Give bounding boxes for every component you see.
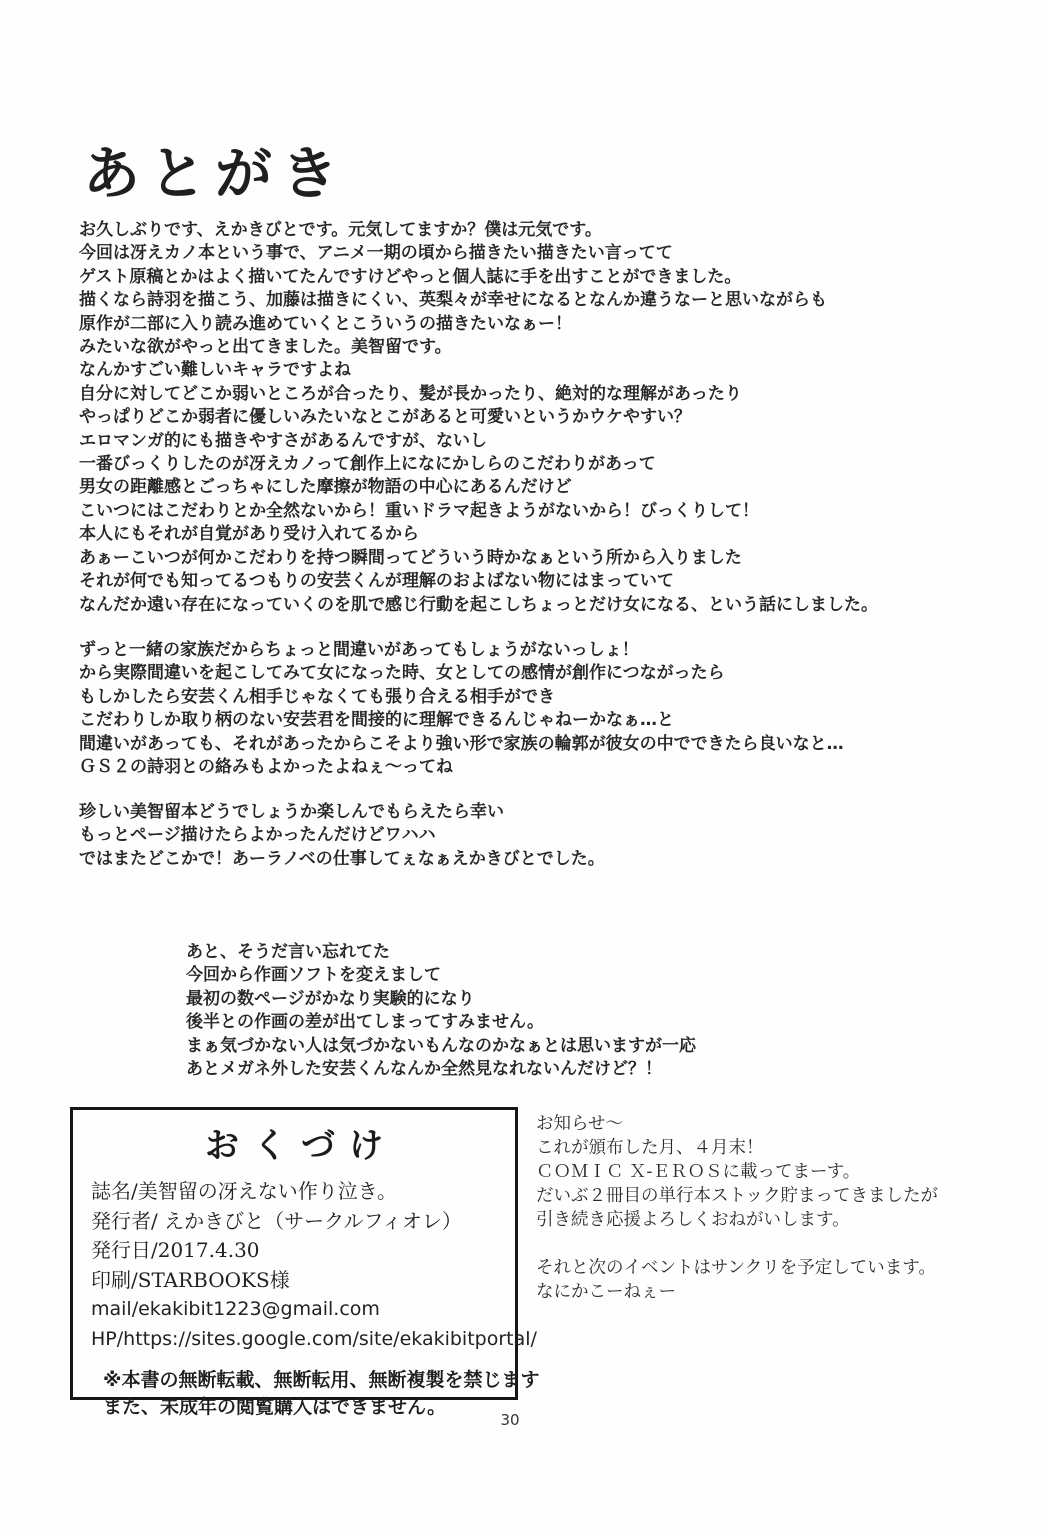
- colophon-notice: ※本書の無断転載、無断転用、無断複製を禁じますまた、未成年の閲覧購入はできません…: [103, 1367, 515, 1421]
- colophon-notice-line: ※本書の無断転載、無断転用、無断複製を禁じます: [103, 1367, 515, 1394]
- announcement-line: だいぶ２冊目の単行本ストック貯まってきましたが: [536, 1184, 938, 1208]
- announcement-line: これが頒布した月、４月末！: [536, 1136, 938, 1160]
- text-line: ではまたどこかで！あーラノベの仕事してぇなぁえかきびとでした。: [79, 848, 605, 871]
- text-line: 描くなら詩羽を描こう、加藤は描きにくい、英梨々が幸せになるとなんか違うなーと思い…: [79, 289, 878, 312]
- afterword-paragraph-2: ずっと一緒の家族だからちょっと間違いがあってもしょうがないっしょ！から実際間違い…: [79, 639, 844, 779]
- text-line: お久しぶりです、えかきびとです。元気してますか？僕は元気です。: [79, 219, 878, 242]
- text-line: もっとページ描けたらよかったんだけどワハハ: [79, 824, 605, 847]
- text-line: 後半との作画の差が出てしまってすみません。: [186, 1011, 696, 1034]
- text-line: 今回は冴えカノ本という事で、アニメ一期の頃から描きたい描きたい言ってて: [79, 242, 878, 265]
- text-line: それが何でも知ってるつもりの安芸くんが理解のおよばない物にはまっていて: [79, 570, 878, 593]
- text-line: から実際間違いを起こしてみて女になった時、女としての感情が創作につながったら: [79, 662, 844, 685]
- text-line: ゲスト原稿とかはよく描いてたんですけどやっと個人誌に手を出すことができました。: [79, 266, 878, 289]
- colophon-box: おくづけ 誌名/美智留の冴えない作り泣き。発行者/ えかきびと（サークルフィオレ…: [70, 1107, 518, 1400]
- announcement-line: お知らせ～: [536, 1112, 938, 1136]
- text-line: こいつにはこだわりとか全然ないから！重いドラマ起きようがないから！びっくりして！: [79, 500, 878, 523]
- colophon-info-line: 誌名/美智留の冴えない作り泣き。: [91, 1177, 515, 1207]
- text-line: あと、そうだ言い忘れてた: [186, 941, 696, 964]
- afterword-paragraph-1: お久しぶりです、えかきびとです。元気してますか？僕は元気です。今回は冴えカノ本と…: [79, 219, 878, 617]
- text-line: ＧＳ２の詩羽との絡みもよかったよねぇ～ってね: [79, 756, 844, 779]
- text-line: 自分に対してどこか弱いところが合ったり、髪が長かったり、絶対的な理解があったり: [79, 383, 878, 406]
- colophon-info-lines: 誌名/美智留の冴えない作り泣き。発行者/ えかきびと（サークルフィオレ）発行日/…: [91, 1177, 515, 1354]
- text-line: まぁ気づかない人は気づかないもんなのかなぁとは思いますが一応: [186, 1035, 696, 1058]
- text-line: ずっと一緒の家族だからちょっと間違いがあってもしょうがないっしょ！: [79, 639, 844, 662]
- page-number: 30: [470, 1411, 550, 1429]
- colophon-info-line: 印刷/STARBOOKS様: [91, 1266, 515, 1296]
- text-line: なんだか遠い存在になっていくのを肌で感じ行動を起こしちょっとだけ女になる、という…: [79, 594, 878, 617]
- colophon-notice-line: また、未成年の閲覧購入はできません。: [103, 1394, 515, 1421]
- text-line: もしかしたら安芸くん相手じゃなくても張り合える相手ができ: [79, 686, 844, 709]
- text-line: 原作が二部に入り読み進めていくとこういうの描きたいなぁー！: [79, 313, 878, 336]
- text-line: 今回から作画ソフトを変えまして: [186, 964, 696, 987]
- text-line: こだわりしか取り柄のない安芸君を間接的に理解できるんじゃねーかなぁ…と: [79, 709, 844, 732]
- announcement-line: なにかこーねぇー: [536, 1280, 938, 1304]
- colophon-info-line: mail/ekakibit1223@gmail.com: [91, 1295, 515, 1325]
- afterword-postscript: あと、そうだ言い忘れてた今回から作画ソフトを変えまして最初の数ページがかなり実験…: [186, 941, 696, 1081]
- text-line: 間違いがあっても、それがあったからこそより強い形で家族の輪郭が彼女の中でできたら…: [79, 733, 844, 756]
- announcement-line: 引き続き応援よろしくおねがいします。: [536, 1208, 938, 1232]
- text-line: エロマンガ的にも描きやすさがあるんですが、ないし: [79, 430, 878, 453]
- text-line: 本人にもそれが自覚があり受け入れてるから: [79, 523, 878, 546]
- text-line: 男女の距離感とごっちゃにした摩擦が物語の中心にあるんだけど: [79, 476, 878, 499]
- text-line: なんかすごい難しいキャラですよね: [79, 359, 878, 382]
- text-line: やっぱりどこか弱者に優しいみたいなとこがあると可愛いというかウケやすい？: [79, 406, 878, 429]
- announcement-column: お知らせ～これが頒布した月、４月末！ＣＯＭＩＣ Ｘ-ＥＲＯＳに載ってまーす。だい…: [536, 1112, 938, 1304]
- text-line: 珍しい美智留本どうでしょうか楽しんでもらえたら幸い: [79, 801, 605, 824]
- colophon-info-line: 発行日/2017.4.30: [91, 1236, 515, 1266]
- colophon-title: おくづけ: [73, 1118, 515, 1167]
- afterword-paragraph-3: 珍しい美智留本どうでしょうか楽しんでもらえたら幸いもっとページ描けたらよかったん…: [79, 801, 605, 871]
- colophon-info-line: 発行者/ えかきびと（サークルフィオレ）: [91, 1207, 515, 1237]
- page-title: あとがき: [83, 128, 347, 210]
- text-line: 最初の数ページがかなり実験的になり: [186, 988, 696, 1011]
- announcement-line: それと次のイベントはサンクリを予定しています。: [536, 1256, 938, 1280]
- announcement-line: ＣＯＭＩＣ Ｘ-ＥＲＯＳに載ってまーす。: [536, 1160, 938, 1184]
- afterword-page: あとがき お久しぶりです、えかきびとです。元気してますか？僕は元気です。今回は冴…: [0, 0, 1050, 1532]
- colophon-info-line: HP/https://sites.google.com/site/ekakibi…: [91, 1325, 515, 1355]
- text-line: あとメガネ外した安芸くんなんか全然見なれないんだけど？！: [186, 1058, 696, 1081]
- announcement-line: [536, 1232, 938, 1256]
- text-line: みたいな欲がやっと出てきました。美智留です。: [79, 336, 878, 359]
- text-line: 一番びっくりしたのが冴えカノって創作上になにかしらのこだわりがあって: [79, 453, 878, 476]
- text-line: あぁーこいつが何かこだわりを持つ瞬間ってどういう時かなぁという所から入りました: [79, 547, 878, 570]
